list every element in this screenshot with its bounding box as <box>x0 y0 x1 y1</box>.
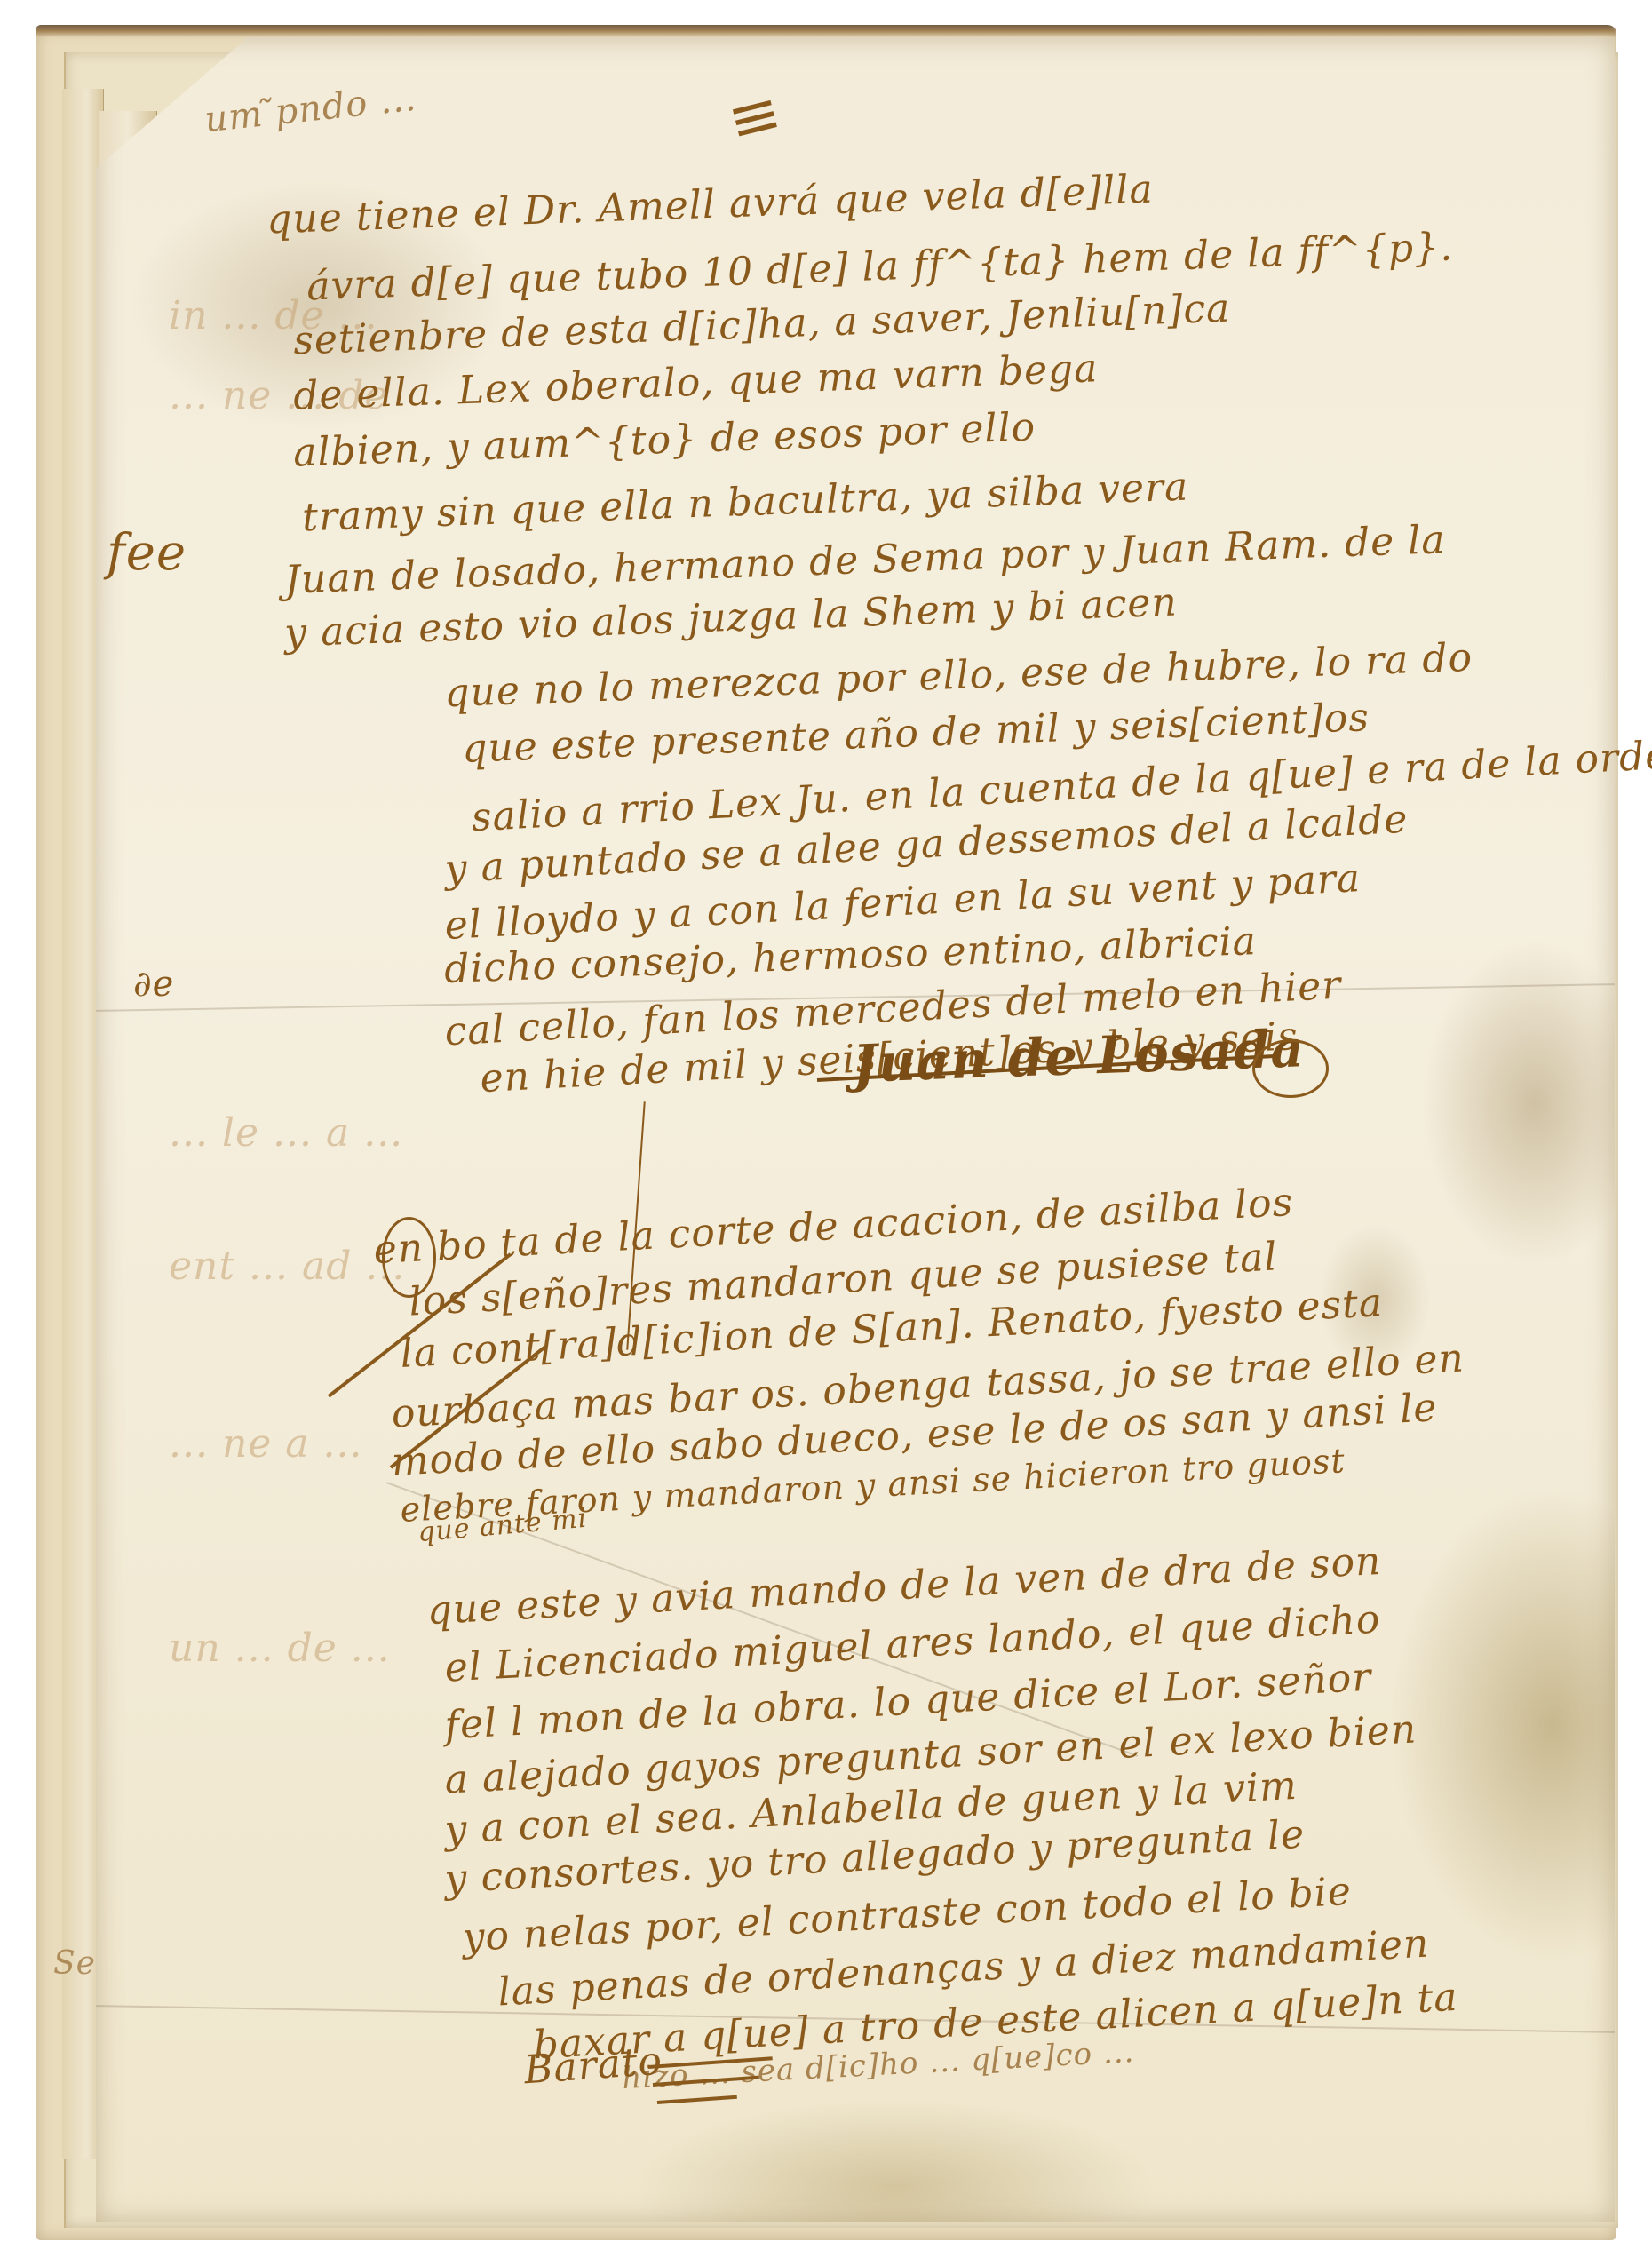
margin-note-middle: ∂e <box>133 964 174 1005</box>
bleed-through-text: ... ne a ... <box>169 1421 363 1467</box>
initial-flourish <box>382 1217 436 1298</box>
text-line: Barato <box>522 2039 663 2094</box>
burned-top-edge <box>36 25 1616 37</box>
bleed-through-text: un ... de ... <box>169 1626 391 1671</box>
signature-flourish <box>1252 1039 1329 1098</box>
bleed-through-text: ent ... ad ... <box>169 1244 405 1289</box>
margin-note-bottom: Se <box>53 1945 96 1982</box>
bleed-through-text: ... le ... a ... <box>169 1110 403 1156</box>
margin-note-fee: fee <box>107 524 187 582</box>
